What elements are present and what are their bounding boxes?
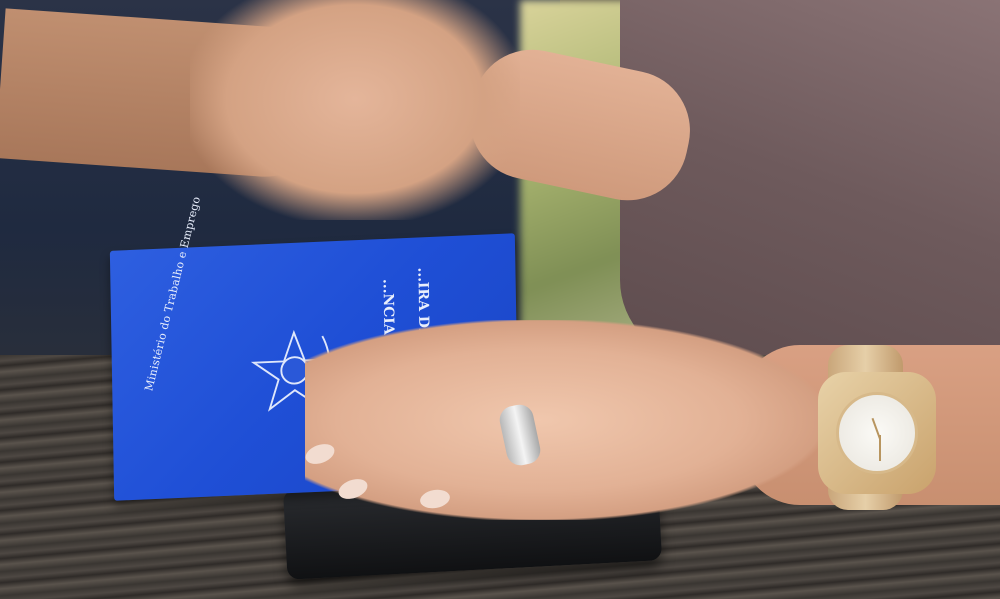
handshake xyxy=(190,0,520,220)
minute-hand xyxy=(879,435,881,461)
wristwatch xyxy=(818,372,936,494)
photo-scene: Ministério do Trabalho e Emprego ...IRA … xyxy=(0,0,1000,599)
hand-on-booklet xyxy=(305,320,825,520)
background-person-blouse xyxy=(620,0,1000,360)
watch-face xyxy=(836,392,918,474)
